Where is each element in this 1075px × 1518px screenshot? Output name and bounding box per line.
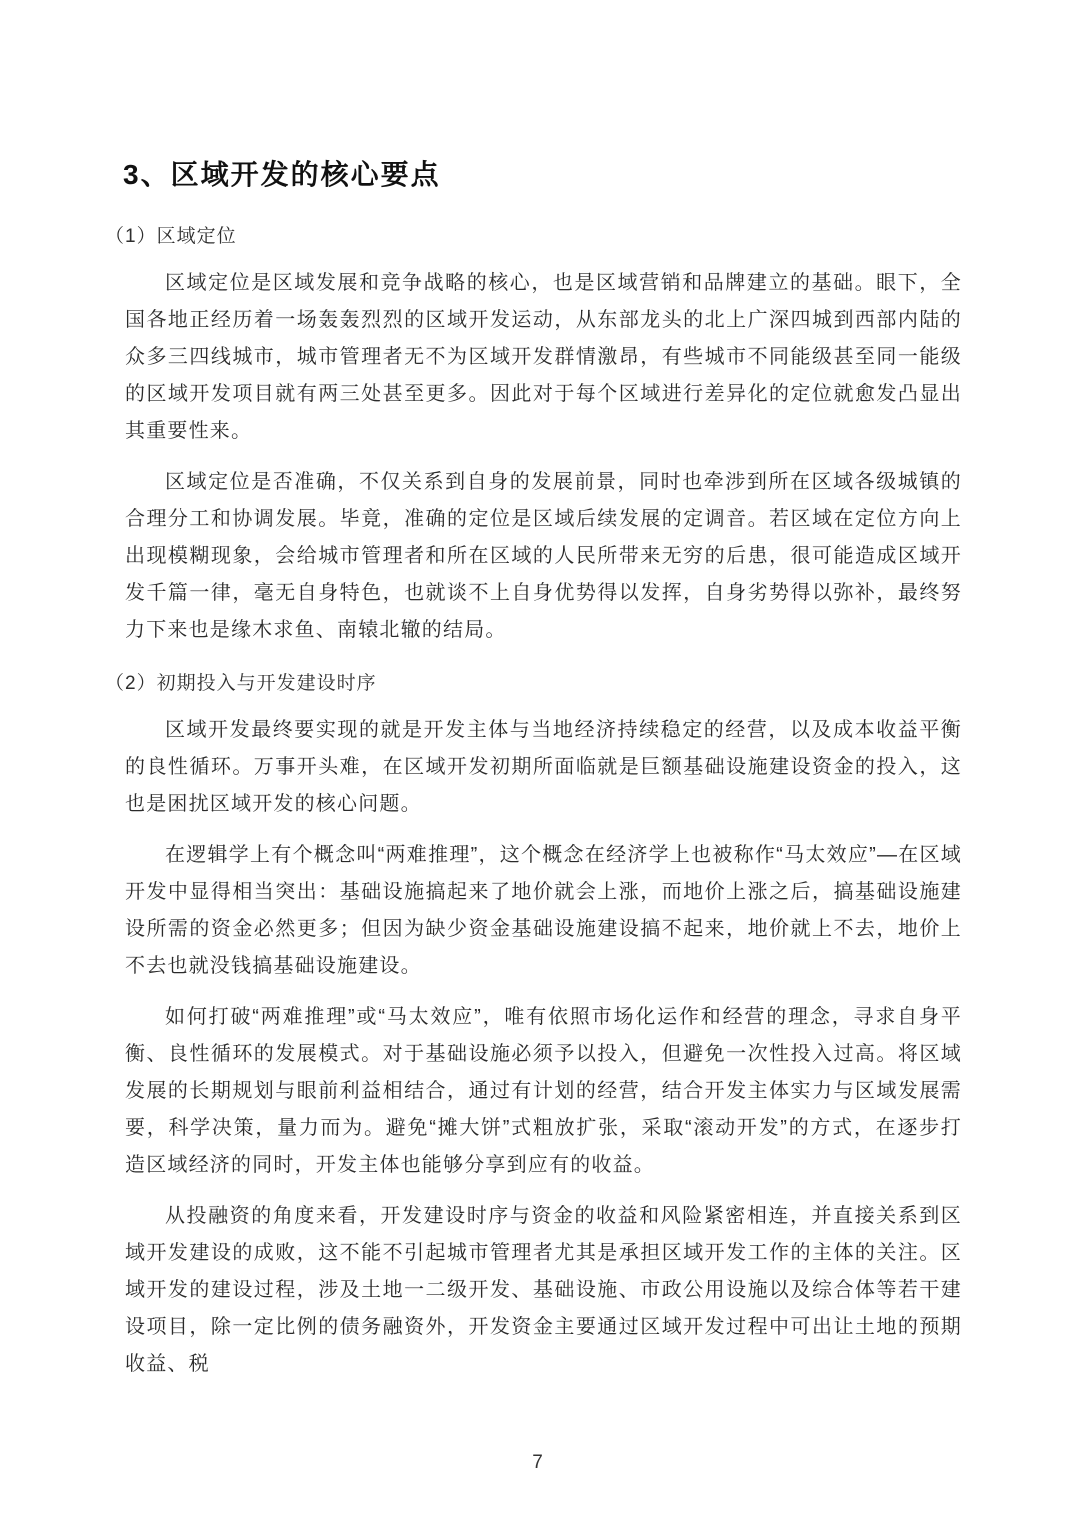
body-paragraph: 区域定位是否准确，不仅关系到自身的发展前景，同时也牵涉到所在区域各级城镇的合理分… bbox=[125, 464, 962, 649]
section-region-positioning: （1）区域定位 区域定位是区域发展和竞争战略的核心，也是区域营销和品牌建立的基础… bbox=[105, 224, 962, 649]
body-paragraph: 从投融资的角度来看，开发建设时序与资金的收益和风险紧密相连，并直接关系到区域开发… bbox=[125, 1198, 962, 1383]
body-paragraph: 区域开发最终要实现的就是开发主体与当地经济持续稳定的经营，以及成本收益平衡的良性… bbox=[125, 712, 962, 823]
body-paragraph: 在逻辑学上有个概念叫“两难推理”，这个概念在经济学上也被称作“马太效应”—在区域… bbox=[125, 837, 962, 985]
page-number: 7 bbox=[0, 1452, 1075, 1474]
body-paragraph: 区域定位是区域发展和竞争战略的核心，也是区域营销和品牌建立的基础。眼下，全国各地… bbox=[125, 265, 962, 450]
document-page: 3、区域开发的核心要点 （1）区域定位 区域定位是区域发展和竞争战略的核心，也是… bbox=[0, 0, 1075, 1518]
body-paragraph: 如何打破“两难推理”或“马太效应”，唯有依照市场化运作和经营的理念，寻求自身平衡… bbox=[125, 999, 962, 1184]
section-2-heading: （2）初期投入与开发建设时序 bbox=[105, 671, 962, 696]
section-1-heading: （1）区域定位 bbox=[105, 224, 962, 249]
section-initial-investment: （2）初期投入与开发建设时序 区域开发最终要实现的就是开发主体与当地经济持续稳定… bbox=[105, 671, 962, 1383]
page-title: 3、区域开发的核心要点 bbox=[123, 158, 962, 192]
